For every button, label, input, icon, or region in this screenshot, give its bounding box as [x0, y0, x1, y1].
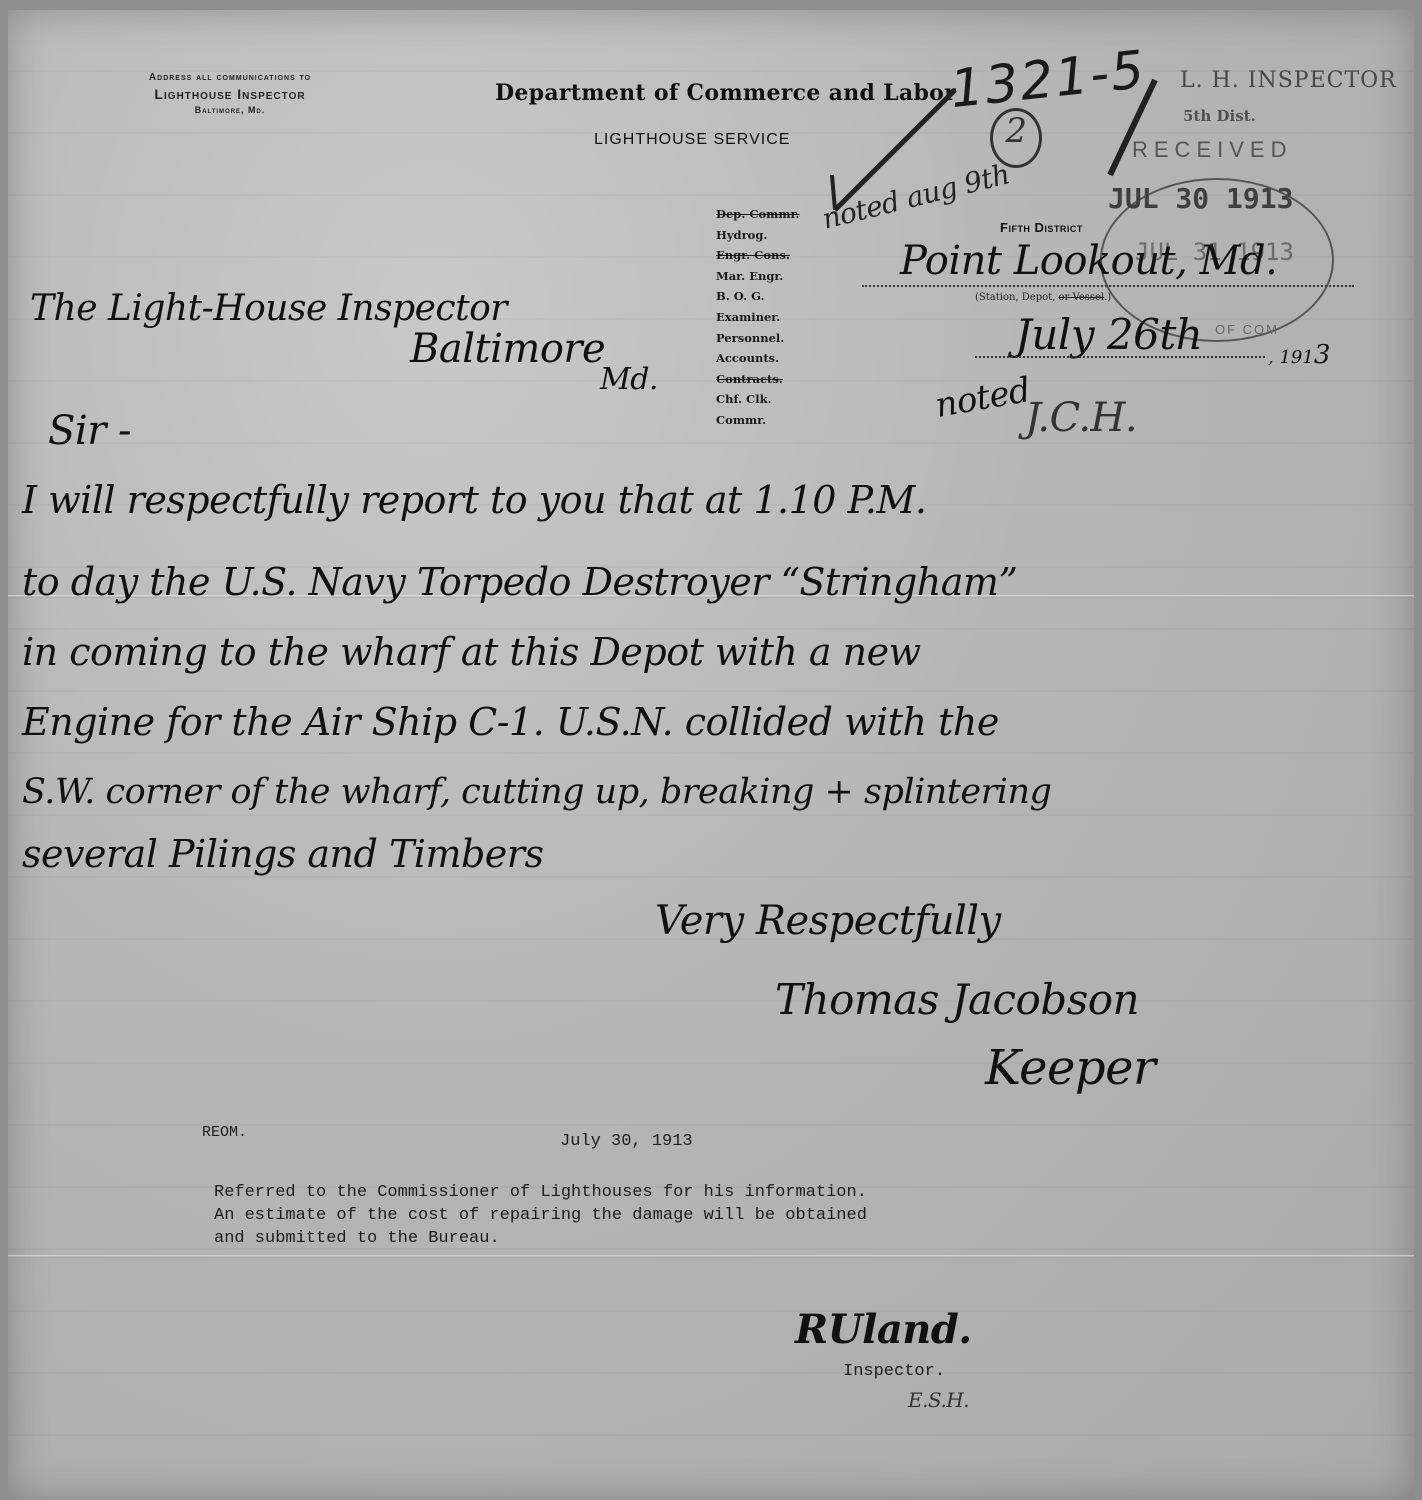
inspector-stamp: L. H. Inspector — [1180, 68, 1397, 93]
body-line: S.W. corner of the wharf, cutting up, br… — [22, 772, 1051, 812]
keeper-title: Keeper — [985, 1040, 1155, 1096]
station-dotted-line — [862, 285, 1354, 287]
endorsement-line: and submitted to the Bureau. — [214, 1229, 500, 1248]
closing: Very Respectfully — [655, 898, 1001, 944]
inspector-title: Inspector. — [843, 1362, 945, 1381]
oval-stamp-bottom: OF COM — [1215, 322, 1279, 337]
received-date-stamp: JUL 30 1913 — [1108, 182, 1293, 215]
salutation: Sir - — [48, 408, 131, 454]
routing-list: Dep. Commr. Hydrog. Engr. Cons. Mar. Eng… — [716, 204, 800, 431]
clerk-initials: E.S.H. — [908, 1388, 969, 1412]
caption-struck-text: or Vessel — [1059, 292, 1105, 303]
body-line: several Pilings and Timbers — [22, 832, 543, 876]
address-line: Address all communications to — [95, 72, 365, 83]
district-stamp: 5th Dist. — [1183, 107, 1256, 125]
addressee: The Light-House Inspector — [30, 288, 507, 329]
caption-text: .) — [1104, 292, 1111, 303]
endorsement-code: REOM. — [202, 1124, 247, 1141]
letterhead-address: Address all communications to Lighthouse… — [95, 72, 365, 115]
caption-text: (Station, Depot, — [975, 292, 1059, 303]
service-title: Lighthouse Service — [594, 131, 790, 149]
routing-item: Examiner. — [716, 307, 800, 328]
address-line: Lighthouse Inspector — [95, 86, 365, 102]
service-label: Lighthouse Service — [594, 131, 790, 148]
year-suffix: 3 — [1314, 340, 1330, 370]
routing-item: Chf. Clk. — [716, 389, 800, 410]
station-caption: (Station, Depot, or Vessel.) — [975, 292, 1111, 303]
address-line: Baltimore, Md. — [95, 105, 365, 115]
keeper-signature: Thomas Jacobson — [775, 975, 1139, 1024]
addressee-state: Md. — [600, 362, 658, 397]
routing-item: Dep. Commr. — [716, 204, 800, 225]
routing-item: Personnel. — [716, 328, 800, 349]
endorsement-date: July 30, 1913 — [560, 1132, 693, 1151]
endorsement-line: Referred to the Commissioner of Lighthou… — [214, 1183, 867, 1202]
routing-item: Contracts. — [716, 369, 800, 390]
year-field: , 1913 — [1268, 340, 1330, 370]
body-line: Engine for the Air Ship C-1. U.S.N. coll… — [22, 700, 999, 744]
paper-fold — [8, 1255, 1414, 1258]
year-prefix: , 191 — [1268, 347, 1314, 368]
routing-item: Mar. Engr. — [716, 266, 800, 287]
body-line: to day the U.S. Navy Torpedo Destroyer “… — [22, 560, 1017, 604]
routing-item: Commr. — [716, 410, 800, 431]
endorsement-line: An estimate of the cost of repairing the… — [214, 1206, 867, 1225]
routing-item: Engr. Cons. — [716, 245, 800, 266]
initials-note: J.C.H. — [1025, 395, 1137, 441]
body-line: in coming to the wharf at this Depot wit… — [22, 630, 921, 674]
inspector-signature: RUland. — [795, 1306, 972, 1353]
date-dotted-line — [975, 356, 1265, 358]
body-line: I will respectfully report to you that a… — [22, 478, 926, 522]
file-number-arrow-icon — [1100, 75, 1170, 185]
addressee-city: Baltimore — [410, 326, 605, 372]
district-label: Fifth District — [1000, 220, 1083, 235]
letter-date: July 26th — [1015, 310, 1202, 359]
routing-item: Accounts. — [716, 348, 800, 369]
routing-item: Hydrog. — [716, 225, 800, 246]
station-value: Point Lookout, Md. — [900, 238, 1277, 284]
routing-item: B. O. G. — [716, 286, 800, 307]
